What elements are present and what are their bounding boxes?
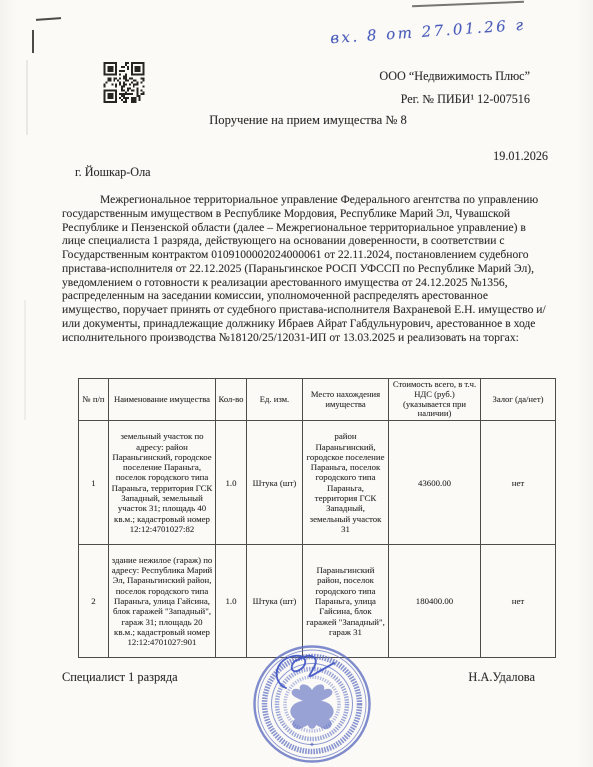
- signatory-position: Специалист 1 разряда: [62, 670, 178, 685]
- col-header-name: Наименование имущества: [109, 379, 216, 421]
- col-header-unit: Ед. изм.: [247, 379, 303, 421]
- cell-num: 2: [79, 545, 109, 658]
- document-date: 19.01.2026: [493, 149, 548, 164]
- scan-artifact-line: [36, 17, 61, 21]
- signatory-name: Н.А.Удалова: [468, 670, 535, 685]
- col-header-pledge: Залог (да/нет): [481, 379, 556, 421]
- document-city: г. Йошкар-Ола: [75, 165, 151, 180]
- body-paragraph: Межрегиональное территориальное управлен…: [62, 193, 548, 344]
- cell-unit: Штука (шт): [247, 545, 303, 658]
- scan-artifact-line: [412, 1, 524, 7]
- col-header-cost: Стоимость всего, в т.ч. НДС (руб.) (указ…: [389, 379, 481, 421]
- cell-qty: 1.0: [216, 545, 247, 658]
- scan-artifact-smudge: [24, 300, 26, 420]
- stamp-star: [310, 742, 314, 746]
- cell-cost: 180400.00: [389, 545, 481, 658]
- org-name: ООО “Недвижимость Плюс”: [379, 69, 530, 84]
- scan-artifact-smudge: [26, 60, 28, 135]
- cell-pledge: нет: [481, 421, 556, 545]
- table-row: 2 здание нежилое (гараж) по адресу: Респ…: [79, 545, 556, 658]
- qr-code-icon: [103, 62, 145, 103]
- table-row: 1 земельный участок по адресу: район Пар…: [79, 421, 556, 545]
- col-header-num: № п/п: [79, 379, 109, 421]
- cell-name: земельный участок по адресу: район Паран…: [109, 421, 216, 545]
- cell-location: Параньгинский район, поселок городского …: [303, 545, 389, 658]
- property-table: № п/п Наименование имущества Кол-во Ед. …: [78, 378, 556, 658]
- cell-name: здание нежилое (гараж) по адресу: Респуб…: [109, 545, 216, 658]
- handwritten-note: вх. 8 от 27.01.26 г: [330, 15, 541, 48]
- cell-num: 1: [79, 421, 109, 545]
- table-header-row: № п/п Наименование имущества Кол-во Ед. …: [79, 379, 556, 421]
- cell-unit: Штука (шт): [247, 421, 303, 545]
- cell-qty: 1.0: [216, 421, 247, 545]
- document-title: Поручение на прием имущества № 8: [62, 113, 554, 128]
- scan-artifact-line: [32, 30, 34, 53]
- reg-number: Рег. № ПИБИ¹ 12-007516: [401, 92, 530, 107]
- col-header-location: Место нахождения имущества: [303, 379, 389, 421]
- document-page: вх. 8 от 27.01.26 г ООО “Недвижимость Пл…: [0, 0, 593, 767]
- col-header-qty: Кол-во: [216, 379, 247, 421]
- pen-signature: [258, 648, 350, 700]
- cell-location: район Параньгинский, городское поселение…: [303, 421, 389, 545]
- cell-pledge: нет: [481, 545, 556, 658]
- cell-cost: 43600.00: [389, 421, 481, 545]
